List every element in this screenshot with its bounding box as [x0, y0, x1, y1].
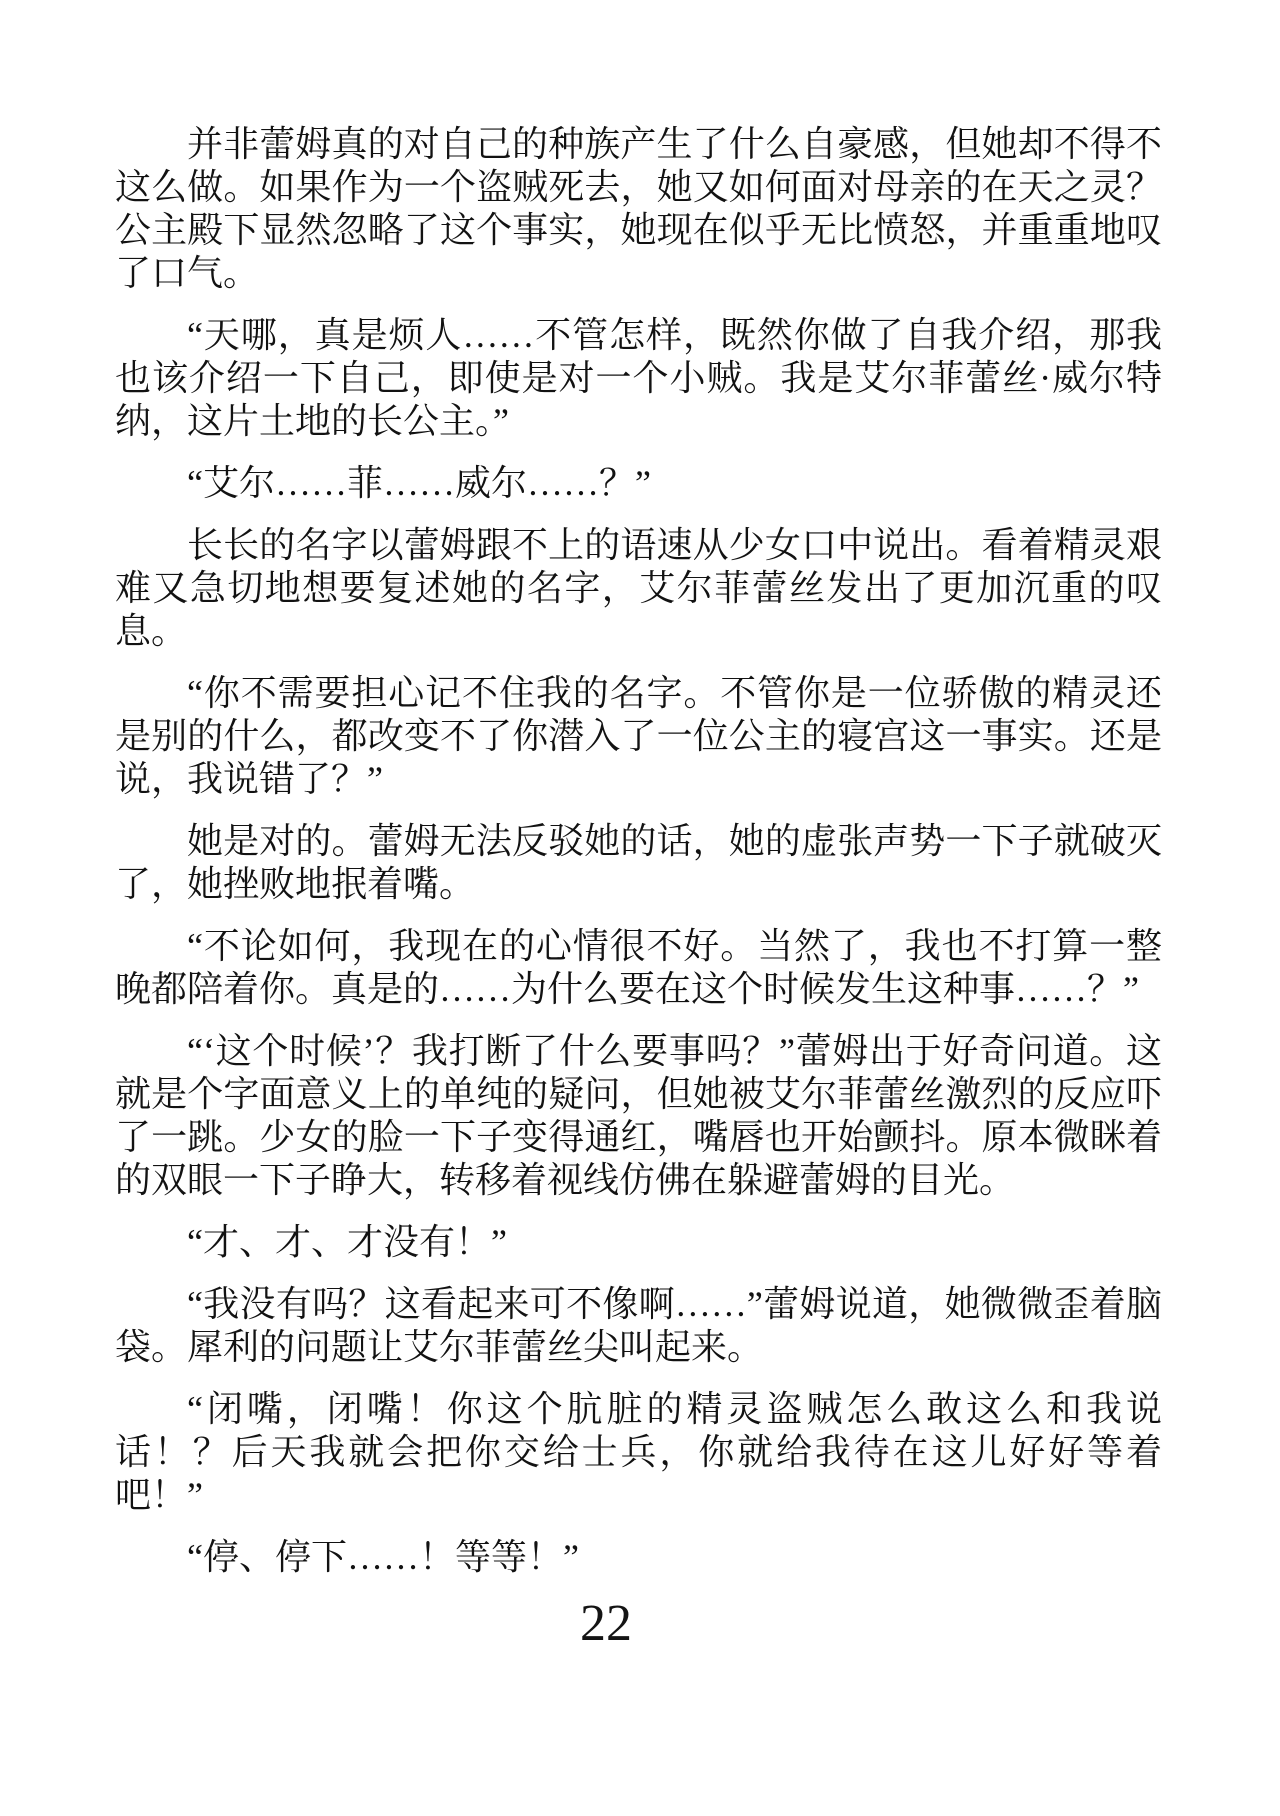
paragraph: “不论如何，我现在的心情很不好。当然了，我也不打算一整晚都陪着你。真是的……为什… — [115, 925, 1162, 1011]
paragraph: 她是对的。蕾姆无法反驳她的话，她的虚张声势一下子就破灭了，她挫败地抿着嘴。 — [115, 820, 1162, 906]
paragraph: “闭嘴，闭嘴！你这个肮脏的精灵盗贼怎么敢这么和我说话！？后天我就会把你交给士兵，… — [115, 1388, 1162, 1517]
paragraph: “你不需要担心记不住我的名字。不管你是一位骄傲的精灵还是别的什么，都改变不了你潜… — [115, 672, 1162, 801]
paragraph: “艾尔……菲……威尔……？” — [115, 462, 1162, 505]
paragraph: 长长的名字以蕾姆跟不上的语速从少女口中说出。看着精灵艰难又急切地想要复述她的名字… — [115, 524, 1162, 653]
book-page: 并非蕾姆真的对自己的种族产生了什么自豪感，但她却不得不这么做。如果作为一个盗贼死… — [0, 0, 1280, 1816]
paragraph: “‘这个时候’？我打断了什么要事吗？”蕾姆出于好奇问道。这就是个字面意义上的单纯… — [115, 1030, 1162, 1202]
page-text-block: 并非蕾姆真的对自己的种族产生了什么自豪感，但她却不得不这么做。如果作为一个盗贼死… — [115, 123, 1162, 1598]
paragraph: “天哪，真是烦人……不管怎样，既然你做了自我介绍，那我也该介绍一下自己，即使是对… — [115, 314, 1162, 443]
paragraph: 并非蕾姆真的对自己的种族产生了什么自豪感，但她却不得不这么做。如果作为一个盗贼死… — [115, 123, 1162, 295]
page-number: 22 — [0, 1596, 1246, 1652]
paragraph: “我没有吗？这看起来可不像啊……”蕾姆说道，她微微歪着脑袋。犀利的问题让艾尔菲蕾… — [115, 1283, 1162, 1369]
paragraph: “停、停下……！等等！” — [115, 1536, 1162, 1579]
paragraph: “才、才、才没有！” — [115, 1221, 1162, 1264]
